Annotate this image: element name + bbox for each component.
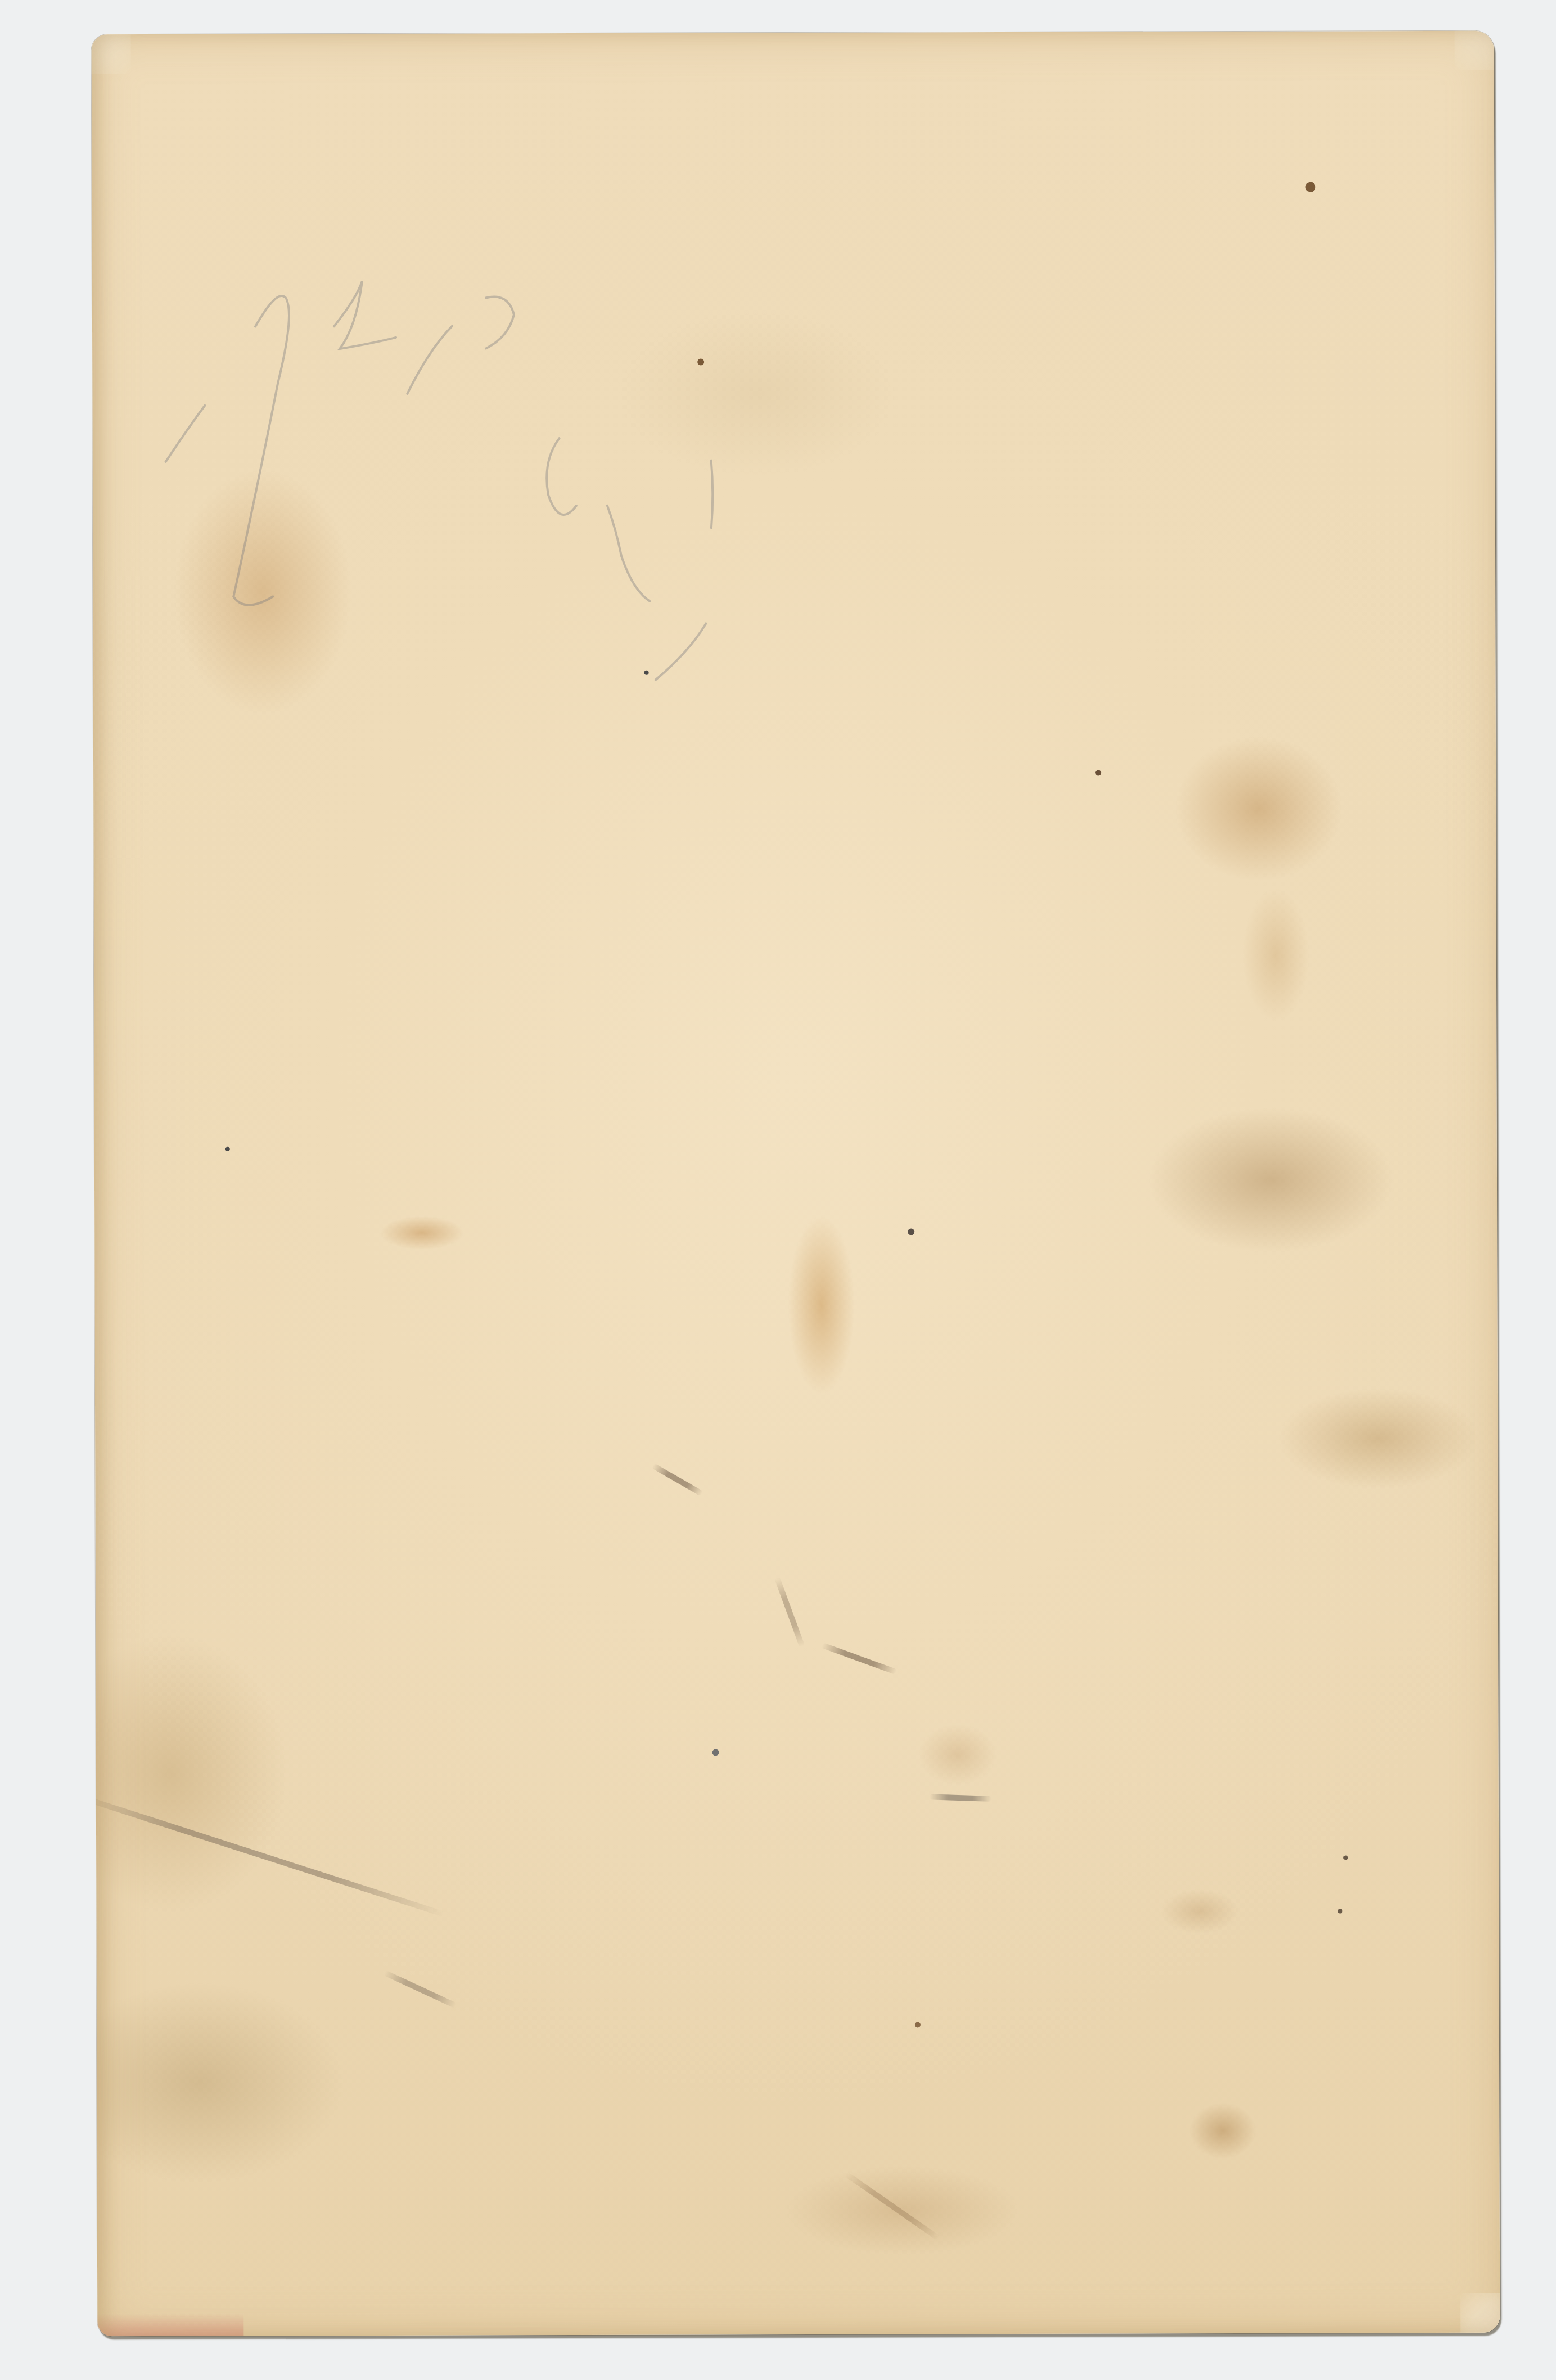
pencil-inscription xyxy=(92,31,1500,2337)
stain xyxy=(1174,735,1343,882)
foxing-spot xyxy=(644,671,649,675)
corner-wear-bottom-right xyxy=(1460,2293,1500,2337)
stain xyxy=(918,1724,997,1785)
scratch-streak xyxy=(652,1463,703,1496)
stain xyxy=(380,1216,464,1250)
scan-background xyxy=(0,0,1556,2380)
foxing-spot xyxy=(697,358,704,365)
foxing-spot xyxy=(915,2022,921,2027)
foxing-spot xyxy=(1343,1855,1348,1860)
stain xyxy=(1160,1889,1239,1934)
corner-wear-top-right xyxy=(1455,31,1500,70)
scratch-streak xyxy=(92,1791,445,1917)
stain xyxy=(784,2165,1021,2256)
foxing-spot xyxy=(1305,182,1315,192)
foxing-spot xyxy=(712,1749,719,1756)
card-verso xyxy=(92,31,1500,2337)
stain xyxy=(92,1632,289,1914)
foxing-spot xyxy=(225,1147,230,1151)
foxing-spot xyxy=(1095,770,1101,776)
scratch-streak xyxy=(845,2172,940,2240)
foxing-spot xyxy=(1338,1909,1342,1913)
stain xyxy=(1189,2103,1256,2159)
stain xyxy=(92,1981,346,2184)
stain xyxy=(1277,1388,1480,1490)
scratch-streak xyxy=(930,1794,991,1802)
stain xyxy=(616,309,898,479)
scratch-streak xyxy=(774,1577,805,1647)
stain xyxy=(1147,1106,1395,1253)
scratch-streak xyxy=(384,1970,457,2008)
pink-edge-stain xyxy=(97,2314,243,2337)
corner-wear-top-left xyxy=(92,31,131,74)
scratch-streak xyxy=(821,1643,897,1675)
foxing-spot xyxy=(908,1228,914,1235)
stain xyxy=(787,1215,855,1395)
stain-layer xyxy=(92,31,1494,35)
stain xyxy=(173,468,353,716)
stain xyxy=(1242,888,1310,1023)
